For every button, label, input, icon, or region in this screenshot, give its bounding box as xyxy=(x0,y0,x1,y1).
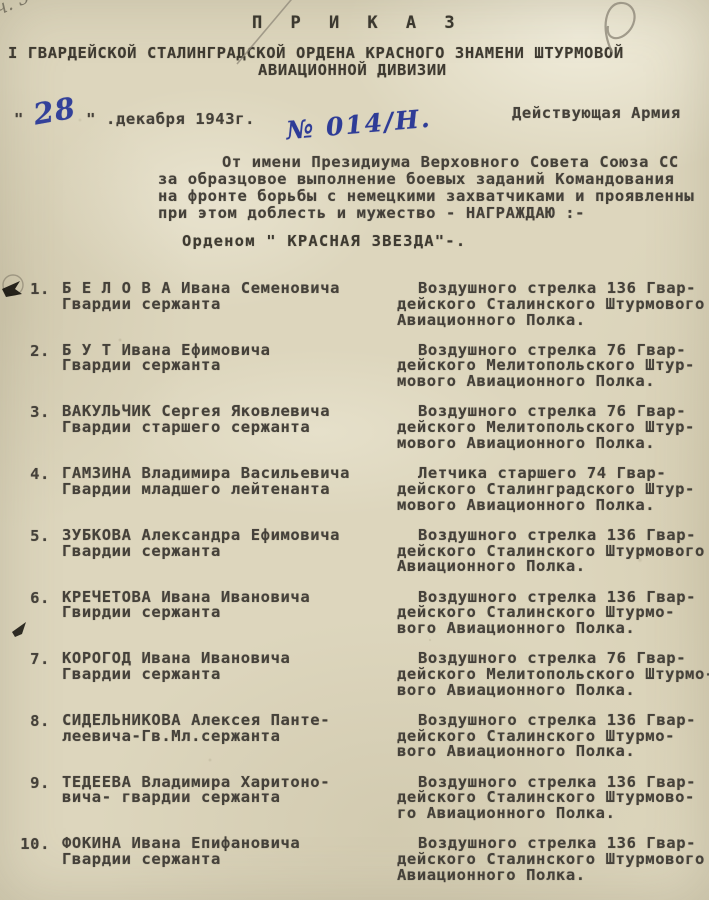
handwritten-day: 28 xyxy=(32,98,77,125)
entry-number: 9. xyxy=(18,775,50,791)
entry-description-line: Авиационного Полка. xyxy=(397,868,709,884)
preamble-line: От имени Президиума Верховного Совета Со… xyxy=(158,154,694,171)
entry-name: СИДЕЛЬНИКОВА Алексея Панте-леевича-Гв.Мл… xyxy=(62,713,330,745)
entry-name: Б У Т Ивана ЕфимовичаГвардии сержанта xyxy=(62,343,271,375)
division-name-line2: АВИАЦИОННОЙ ДИВИЗИИ xyxy=(258,61,447,79)
awardee-list: 1. Б Е Л О В А Ивана СеменовичаГвардии с… xyxy=(0,281,709,900)
preamble: От имени Президиума Верховного Совета Со… xyxy=(158,154,694,222)
entry-name-line: Гвардии сержанта xyxy=(62,358,271,374)
entry-number: 8. xyxy=(18,713,50,729)
handwritten-order-number: № 014/Н. xyxy=(285,104,433,146)
entry-name-line: Гвардии старшего сержанта xyxy=(62,420,330,436)
awardee-row: 7. КОРОГОД Ивана ИвановичаГвардии сержан… xyxy=(0,651,709,713)
awardee-row: 5. ЗУБКОВА Александра ЕфимовичаГвардии с… xyxy=(0,528,709,590)
awardee-row: 4. ГАМЗИНА Владимира ВасильевичаГвардии … xyxy=(0,466,709,528)
entry-description: Воздушного стрелка 76 Гвар-дейского Мели… xyxy=(397,404,709,451)
entry-number: 4. xyxy=(18,466,50,482)
preamble-line: при этом доблесть и мужество - НАГРАЖДАЮ… xyxy=(158,205,694,222)
entry-name-line: Гвардии сержанта xyxy=(62,544,340,560)
awardee-row: 2. Б У Т Ивана ЕфимовичаГвардии сержанта… xyxy=(0,343,709,405)
entry-description-line: Авиационного Полка. xyxy=(397,313,709,329)
entry-description-line: вого Авиационного Полка. xyxy=(397,683,709,699)
entry-number: 6. xyxy=(18,590,50,606)
awardee-row: 6. КРЕЧЕТОВА Ивана ИвановичаГвирдии серж… xyxy=(0,590,709,652)
division-name-line1: I ГВАРДЕЙСКОЙ СТАЛИНГРАДСКОЙ ОРДЕНА КРАС… xyxy=(8,44,624,62)
date-typed-text: " .декабря 1943г. xyxy=(86,110,255,128)
awardee-row: 9. ТЕДЕЕВА Владимира Харитоно-вича- гвар… xyxy=(0,775,709,837)
entry-description-line: вого Авиационного Полка. xyxy=(397,744,709,760)
entry-name: ВАКУЛЬЧИК Сергея ЯковлевичаГвардии старш… xyxy=(62,404,330,436)
entry-description-line: Авиационного Полка. xyxy=(397,559,709,575)
entry-description-line: мового Авиационного Полка. xyxy=(397,498,709,514)
entry-number: 10. xyxy=(18,836,50,852)
order-title: П Р И К А З xyxy=(252,13,464,33)
entry-name-line: Гвардии сержанта xyxy=(62,852,300,868)
entry-description: Воздушного стрелка 136 Гвар-дейского Ста… xyxy=(397,528,709,575)
entry-description: Воздушного стрелка 136 Гвар-дейского Ста… xyxy=(397,590,709,637)
entry-number: 7. xyxy=(18,651,50,667)
preamble-line: за образцовое выполнение боевых заданий … xyxy=(158,171,694,188)
entry-description: Воздушного стрелка 136 Гвар-дейского Ста… xyxy=(397,775,709,822)
entry-number: 3. xyxy=(18,404,50,420)
preamble-line: на фронте борьбы с немецкими захватчикам… xyxy=(158,188,694,205)
awardee-row: 1. Б Е Л О В А Ивана СеменовичаГвардии с… xyxy=(0,281,709,343)
entry-description-line: мового Авиационного Полка. xyxy=(397,436,709,452)
award-line: Орденом " КРАСНАЯ ЗВЕЗДА"-. xyxy=(182,232,466,250)
date-line: " 28 " .декабря 1943г. xyxy=(14,104,255,128)
awardee-row: 8. СИДЕЛЬНИКОВА Алексея Панте-леевича-Гв… xyxy=(0,713,709,775)
entry-name-line: леевича-Гв.Мл.сержанта xyxy=(62,729,330,745)
entry-number: 5. xyxy=(18,528,50,544)
entry-description: Воздушного стрелка 136 Гвар-дейского Ста… xyxy=(397,281,709,328)
entry-name-line: Гвардии сержанта xyxy=(62,667,290,683)
entry-description: Воздушного стрелка 76 Гвар-дейского Мели… xyxy=(397,343,709,390)
entry-description: Летчика старшего 74 Гвар-дейского Сталин… xyxy=(397,466,709,513)
entry-number: 1. xyxy=(18,281,50,297)
active-army-label: Действующая Армия xyxy=(512,104,681,122)
awardee-row: 10. ФОКИНА Ивана ЕпифановичаГвардии серж… xyxy=(0,836,709,898)
entry-name: ТЕДЕЕВА Владимира Харитоно-вича- гвардии… xyxy=(62,775,330,807)
entry-description-line: го Авиационного Полка. xyxy=(397,806,709,822)
entry-description: Воздушного стрелка 76 Гвар-дейского Мели… xyxy=(397,651,709,698)
entry-description-line: вого Авиационного Полка. xyxy=(397,621,709,637)
entry-name-line: Гвирдии сержанта xyxy=(62,605,310,621)
entry-description: Воздушного стрелка 136 Гвар-дейского Ста… xyxy=(397,836,709,883)
entry-name-line: Гвардии сержанта xyxy=(62,297,340,313)
entry-name: КРЕЧЕТОВА Ивана ИвановичаГвирдии сержант… xyxy=(62,590,310,622)
entry-name-line: вича- гвардии сержанта xyxy=(62,790,330,806)
entry-name: ФОКИНА Ивана ЕпифановичаГвардии сержанта xyxy=(62,836,300,868)
entry-name: ЗУБКОВА Александра ЕфимовичаГвардии серж… xyxy=(62,528,340,560)
entry-name: КОРОГОД Ивана ИвановичаГвардии сержанта xyxy=(62,651,290,683)
entry-number: 2. xyxy=(18,343,50,359)
entry-name: Б Е Л О В А Ивана СеменовичаГвардии серж… xyxy=(62,281,340,313)
date-open-quote: " xyxy=(14,110,24,128)
entry-name: ГАМЗИНА Владимира ВасильевичаГвардии мла… xyxy=(62,466,350,498)
entry-name-line: Гвардии младшего лейтенанта xyxy=(62,482,350,498)
document-scan: ч. 5 П Р И К А З I ГВАРДЕЙСКОЙ СТАЛИНГРА… xyxy=(0,0,709,900)
entry-description: Воздушного стрелка 136 Гвар-дейского Ста… xyxy=(397,713,709,760)
pencil-corner-note: ч. 5 xyxy=(0,0,33,20)
entry-description-line: мового Авиационного Полка. xyxy=(397,374,709,390)
awardee-row: 3. ВАКУЛЬЧИК Сергея ЯковлевичаГвардии ст… xyxy=(0,404,709,466)
